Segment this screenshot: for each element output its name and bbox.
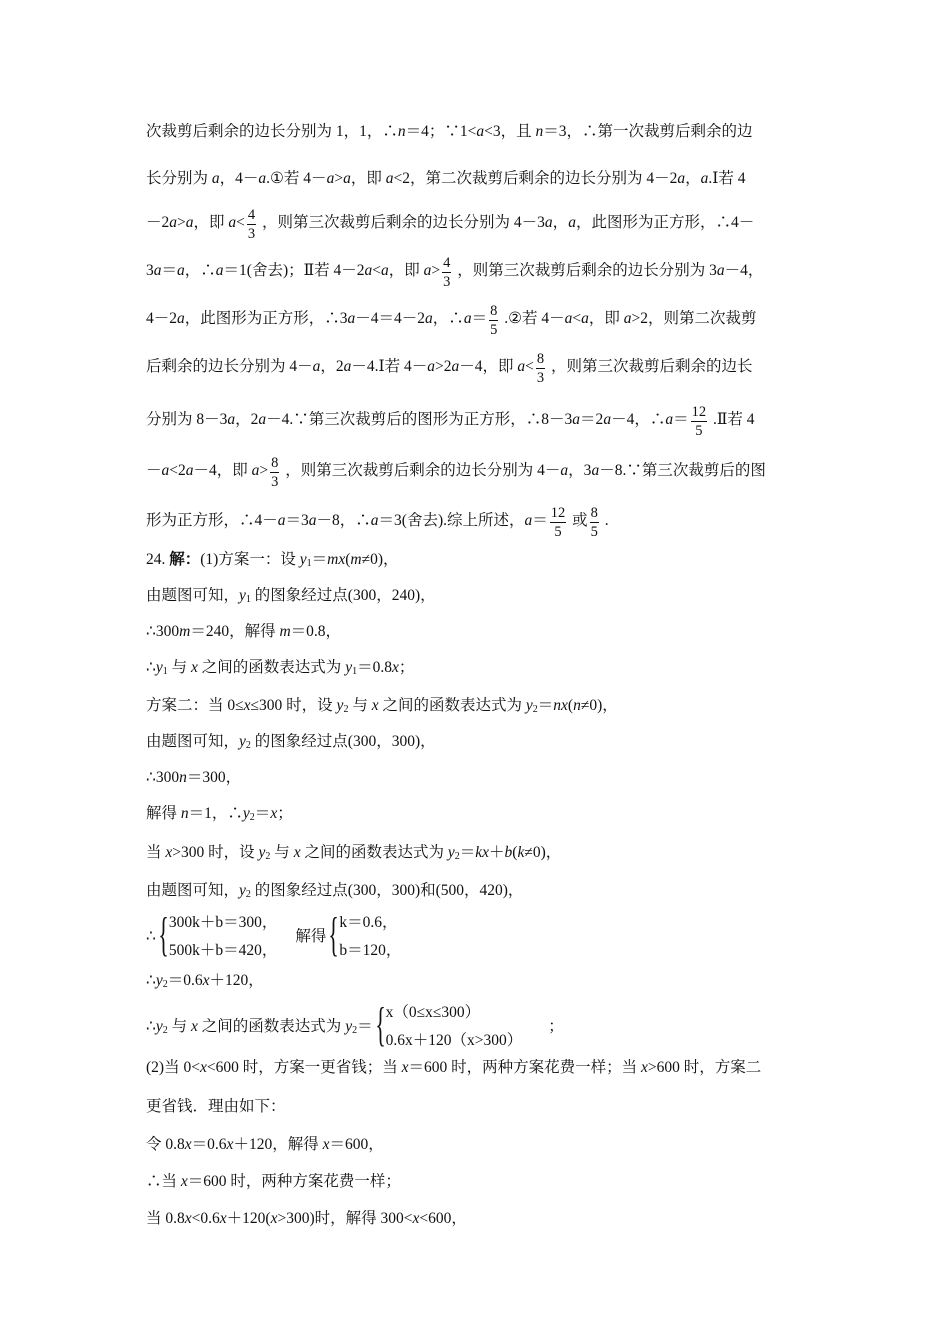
text-line: －a<2a－4，即 a>83 ，则第三次裁剪后剩余的边长分别为 4－a，3a－8…	[146, 453, 816, 490]
text-line: ∴y2＝0.6x＋120，	[146, 970, 816, 992]
fraction-4-3: 43	[442, 254, 451, 291]
text-line: 令 0.8x＝0.6x＋120，解得 x＝600，	[146, 1134, 816, 1156]
text-line: ∴y1 与 x 之间的函数表达式为 y1＝0.8x；	[146, 657, 816, 679]
fraction-12-5: 125	[691, 403, 708, 440]
fraction-8-5: 85	[489, 302, 498, 339]
text-line: 后剩余的边长分别为 4－a，2a－4.Ⅰ若 4－a>2a－4，即 a<83 ，则…	[146, 349, 816, 386]
text-line: 3a＝a，∴a＝1(舍去)；Ⅱ若 4－2a<a，即 a>43 ，则第三次裁剪后剩…	[146, 253, 816, 290]
piecewise-function: {x（0≤x≤300）0.6x＋120（x>300）	[373, 999, 523, 1055]
equation-2: 500k＋b＝420，	[169, 937, 278, 965]
equation-system: {300k＋b＝300，500k＋b＝420，	[156, 909, 278, 965]
piecewise-case-2: 0.6x＋120（x>300）	[386, 1027, 523, 1055]
q24-heading-line: 24. 解：(1)方案一：设 y1＝mx(m≠0)，	[146, 549, 816, 571]
text-line: 当 x>300 时，设 y2 与 x 之间的函数表达式为 y2＝kx＋b(k≠0…	[146, 842, 816, 864]
text-line: 解得 n＝1，∴y2＝x；	[146, 803, 816, 825]
piecewise-tail: ；	[548, 1018, 564, 1035]
question-number: 24.	[146, 551, 165, 568]
text-line: (2)当 0<x<600 时，方案一更省钱；当 x＝600 时，两种方案花费一样…	[146, 1057, 816, 1079]
reason-intro: 更省钱．理由如下：	[146, 1098, 286, 1115]
text-line: ∴300m＝240，解得 m＝0.8，	[146, 621, 816, 643]
text-line: 分别为 8－3a，2a－4.∵第三次裁剪后的图形为正方形，∴8－3a＝2a－4，…	[146, 402, 816, 439]
text-line: 由题图可知，y2 的图象经过点(300，300)，	[146, 731, 816, 753]
text-line: 4－2a，此图形为正方形，∴3a－4＝4－2a，∴a＝85 .②若 4－a<a，…	[146, 301, 816, 338]
equation-system-line: ∴{300k＋b＝300，500k＋b＝420， 解得{k＝0.6，b＝120，	[146, 908, 816, 966]
text-line: 更省钱．理由如下：	[146, 1096, 816, 1118]
text-line: ∴300n＝300，	[146, 767, 816, 789]
text-line: 次裁剪后剩余的边长分别为 1，1，∴n＝4；∵1<a<3，且 n＝3，∴第一次裁…	[146, 121, 816, 143]
text-line: 当 0.8x<0.6x＋120(x>300)时，解得 300<x<600，	[146, 1208, 816, 1230]
fraction-4-3: 43	[247, 206, 256, 243]
fraction-12-5: 125	[550, 504, 567, 541]
document-page: 次裁剪后剩余的边长分别为 1，1，∴n＝4；∵1<a<3，且 n＝3，∴第一次裁…	[0, 0, 950, 1344]
solve-label: 解：	[169, 551, 200, 568]
piecewise-line: ∴y2 与 x 之间的函数表达式为 y2＝{x（0≤x≤300）0.6x＋120…	[146, 998, 816, 1056]
solution-2: b＝120，	[339, 937, 401, 965]
text-line: 长分别为 a，4－a.①若 4－a>a，即 a<2，第二次裁剪后剩余的边长分别为…	[146, 168, 816, 190]
text-line: 由题图可知，y2 的图象经过点(300，300)和(500，420)，	[146, 880, 816, 902]
text-line: ∴当 x＝600 时，两种方案花费一样；	[146, 1171, 816, 1193]
fraction-8-3: 83	[270, 454, 279, 491]
fraction-8-3: 83	[536, 350, 545, 387]
piecewise-case-1: x（0≤x≤300）	[386, 999, 523, 1027]
text-line: －2a>a，即 a<43 ，则第三次裁剪后剩余的边长分别为 4－3a，a，此图形…	[146, 205, 816, 242]
fraction-8-5: 85	[590, 504, 599, 541]
text-line: 形为正方形，∴4－a＝3a－8，∴a＝3(舍去).综上所述，a＝125 或85 …	[146, 503, 816, 540]
equation-1: 300k＋b＝300，	[169, 909, 278, 937]
solve-word: 解得	[295, 928, 326, 945]
solution-1: k＝0.6，	[339, 909, 401, 937]
text-line: 方案二：当 0≤x≤300 时，设 y2 与 x 之间的函数表达式为 y2＝nx…	[146, 695, 816, 717]
text-line: 由题图可知，y1 的图象经过点(300，240)，	[146, 585, 816, 607]
solution-system: {k＝0.6，b＝120，	[326, 909, 401, 965]
